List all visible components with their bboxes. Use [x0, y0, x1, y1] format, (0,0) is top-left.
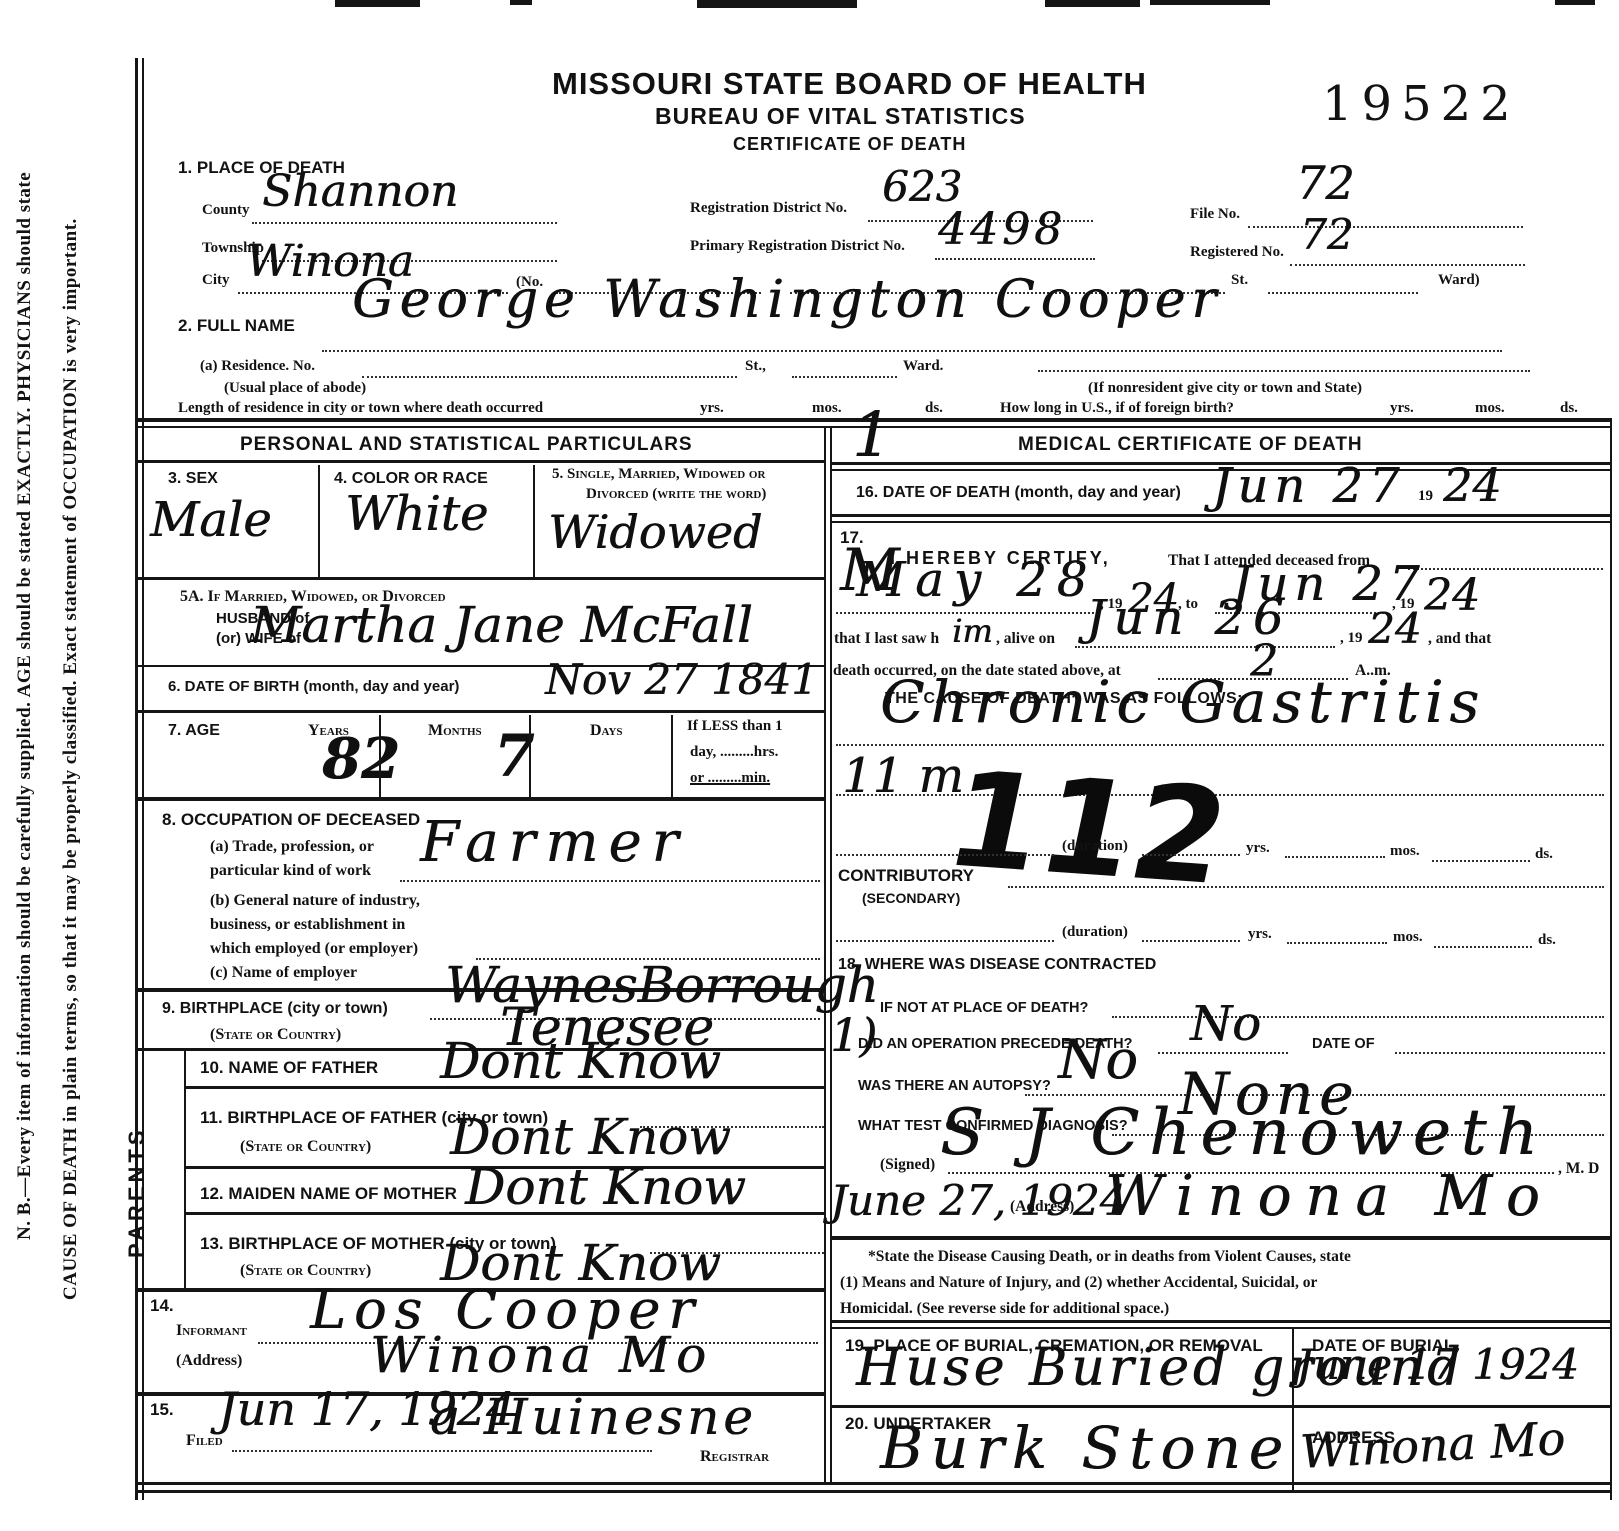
undertaker-address-value: Winona Mo	[1299, 1411, 1566, 1479]
document-right-border	[1610, 420, 1612, 1500]
duration1-mos: mos.	[1390, 843, 1420, 860]
race-marital-divider	[533, 465, 535, 577]
document-bottom-border-inner	[135, 1490, 1612, 1493]
death-certificate-scan: THIS IS A PERMANENT RECORD N. B.—Every i…	[0, 0, 1619, 1531]
father-name-value: Dont Know	[440, 1032, 721, 1090]
signed-address-label: (Address)	[1010, 1198, 1074, 1216]
rule-under-mother-name	[184, 1212, 824, 1215]
duration2-dots-a	[836, 938, 1054, 942]
city-ward-label: Ward)	[1438, 272, 1480, 289]
residence-ward-label: Ward.	[903, 358, 943, 375]
document-left-border-inner	[142, 58, 144, 1500]
registered-no-line	[1290, 262, 1525, 266]
length-ds: ds.	[925, 400, 943, 417]
primary-registration-district-value: 4498	[938, 204, 1066, 255]
length-yrs: yrs.	[700, 400, 724, 417]
age-days-label: Days	[590, 722, 623, 740]
file-no-label: File No.	[1190, 206, 1240, 223]
occupation-b1: (b) General nature of industry,	[210, 892, 420, 910]
document-left-border	[135, 58, 138, 1500]
residence-no-line	[362, 374, 737, 378]
duration1-dots-b	[1142, 852, 1240, 856]
county-line	[252, 220, 557, 224]
lastsaw-c: , and that	[1428, 630, 1491, 648]
contributory-dots	[1008, 884, 1604, 888]
rule-under-dod2	[832, 521, 1610, 523]
sex-value: Male	[150, 492, 272, 548]
scan-artifact	[510, 0, 532, 5]
to-year-value: 24	[1424, 570, 1480, 621]
full-name-label: 2. FULL NAME	[178, 316, 295, 336]
operation-date-dots	[1395, 1050, 1605, 1054]
sex-label: 3. SEX	[168, 470, 218, 488]
margin-note-line2: CAUSE OF DEATH in plain terms, so that i…	[60, 218, 82, 1300]
md-label: , M. D	[1558, 1160, 1599, 1178]
rule-under-footnote2	[832, 1327, 1610, 1329]
signed-label: (Signed)	[880, 1156, 935, 1174]
q18-sub-dots	[1112, 1014, 1604, 1018]
us-yrs: yrs.	[1390, 400, 1414, 417]
us-ds: ds.	[1560, 400, 1578, 417]
date-of-death-value: Jun 27	[1212, 458, 1405, 514]
marital-label-line1: 5. Single, Married, Widowed or	[552, 466, 765, 483]
age-div2	[529, 715, 531, 797]
rule-under-dod1	[832, 514, 1610, 517]
lastsaw-him: im	[952, 612, 993, 650]
duration2-ds: ds.	[1538, 932, 1556, 949]
city-st-label: St.	[1231, 272, 1248, 289]
birthplace-label: 9. BIRTHPLACE (city or town)	[162, 1000, 388, 1018]
rule-under-age	[135, 797, 824, 801]
filed-line	[232, 1448, 652, 1452]
document-bottom-border	[135, 1482, 1612, 1485]
rule-under-sex-row	[135, 577, 824, 580]
doc-type-title: CERTIFICATE OF DEATH	[733, 134, 966, 155]
duration-note-value: 11 m	[842, 748, 964, 804]
contributory-label: CONTRIBUTORY	[838, 866, 974, 886]
scan-artifact	[697, 0, 857, 8]
age-years-value: 82	[322, 726, 400, 792]
occupation-label: 8. OCCUPATION OF DECEASED	[162, 810, 420, 830]
occupation-b3: which employed (or employer)	[210, 940, 418, 958]
rule-under-personal	[135, 460, 824, 463]
age-label: 7. AGE	[168, 722, 220, 740]
footnote-line3: Homicidal. (See reverse side for additio…	[840, 1300, 1169, 1318]
marital-label-line2: Divorced (write the word)	[586, 486, 766, 503]
personal-section-title: PERSONAL AND STATISTICAL PARTICULARS	[240, 434, 693, 456]
city-label: City	[202, 272, 230, 289]
full-name-line	[322, 348, 1502, 352]
informant-number: 14.	[150, 1296, 174, 1316]
duration2-yrs: yrs.	[1248, 926, 1272, 943]
operation-date-label: DATE OF	[1312, 1036, 1375, 1052]
occupation-value: Farmer	[420, 810, 688, 875]
father-name-label: 10. NAME OF FATHER	[200, 1058, 378, 1078]
page-title: MISSOURI STATE BOARD OF HEALTH	[552, 66, 1147, 102]
filed-number: 15.	[150, 1400, 174, 1420]
duration1-dots-a	[836, 852, 1054, 856]
length-residence-label: Length of residence in city or town wher…	[178, 400, 543, 417]
occupation-a1: (a) Trade, profession, or	[210, 838, 374, 856]
dob-value: Nov 27 1841	[545, 655, 818, 704]
margin-note-line1: N. B.—Every item of information should b…	[14, 172, 36, 1240]
duration2-dots-d	[1434, 944, 1532, 948]
rule-under-father-name	[184, 1086, 824, 1089]
duration1-dots-c	[1285, 854, 1385, 858]
mother-name-value: Dont Know	[465, 1158, 746, 1216]
county-value: Shannon	[262, 166, 458, 217]
dob-label: 6. DATE OF BIRTH (month, day and year)	[168, 678, 459, 695]
birthplace-state-label: (State or Country)	[210, 1026, 341, 1044]
occupation-a-line	[400, 878, 820, 882]
date-of-death-label: 16. DATE OF DEATH (month, day and year)	[856, 484, 1181, 502]
lastsaw-b: , alive on	[996, 630, 1055, 648]
dod-year-pre: 19	[1418, 488, 1433, 505]
rule-under-burial	[832, 1405, 1610, 1408]
primary-registration-district-line	[935, 256, 1095, 260]
registered-no-label: Registered No.	[1190, 244, 1284, 261]
scan-artifact	[1555, 0, 1595, 5]
page-subtitle: BUREAU OF VITAL STATISTICS	[655, 103, 1026, 130]
q18-label: 18. WHERE WAS DISEASE CONTRACTED	[838, 956, 1156, 974]
spouse-value: Martha Jane McFall	[250, 596, 753, 654]
primary-registration-district-label: Primary Registration District No.	[690, 238, 905, 255]
secondary-label: (SECONDARY)	[862, 890, 960, 906]
county-label: County	[202, 202, 250, 219]
physician-signature: S J Chenoweth	[940, 1096, 1548, 1170]
registrar-label: Registrar	[700, 1448, 769, 1466]
nonresident-note: (If nonresident give city or town and St…	[1088, 380, 1362, 397]
registration-district-label: Registration District No.	[690, 200, 847, 217]
duration2-label: (duration)	[1062, 924, 1128, 941]
rule-under-signed	[832, 1236, 1610, 1240]
informant-address-label: (Address)	[176, 1352, 242, 1370]
age-less-line1: If LESS than 1	[687, 718, 782, 735]
q18-sub-label: IF NOT AT PLACE OF DEATH?	[880, 1000, 1088, 1016]
signed-date-value: June 27, 1924	[830, 1176, 1126, 1225]
duration1-dots-d	[1432, 858, 1530, 862]
how-long-us-label: How long in U.S., if of foreign birth?	[1000, 400, 1234, 417]
us-mos: mos.	[1475, 400, 1505, 417]
cause-of-death-value: Chronic Gastritis	[880, 668, 1485, 736]
duration2-dots-c	[1287, 940, 1387, 944]
file-no-line	[1248, 224, 1523, 228]
cause-line1	[836, 742, 1604, 746]
stray-mark-1: 1	[852, 398, 891, 471]
signed-address-value: Winona Mo	[1105, 1164, 1554, 1229]
father-birthplace-sub: (State or Country)	[240, 1138, 371, 1156]
burial-date-value: June 17 1924	[1296, 1340, 1579, 1389]
dod-year-value: 24	[1443, 458, 1502, 512]
footnote-line1: *State the Disease Causing Death, or in …	[868, 1248, 1351, 1266]
medical-section-title: MEDICAL CERTIFICATE OF DEATH	[1018, 434, 1363, 456]
scan-artifact	[1045, 0, 1140, 7]
full-name-value: George Washington Cooper	[352, 270, 1222, 330]
abode-note: (Usual place of abode)	[224, 380, 366, 397]
registered-no-value: 72	[1300, 210, 1353, 259]
duration1-ds: ds.	[1535, 846, 1553, 863]
scan-artifact	[1150, 0, 1270, 5]
duration1-yrs: yrs.	[1246, 840, 1270, 857]
informant-label: Informant	[176, 1322, 247, 1340]
operation-value: No	[1190, 996, 1261, 1052]
mother-name-label: 12. MAIDEN NAME OF MOTHER	[200, 1184, 457, 1204]
duration1-label: (duration)	[1062, 838, 1128, 855]
occupation-b2: business, or establishment in	[210, 916, 405, 934]
footnote-line2: (1) Means and Nature of Injury, and (2) …	[840, 1274, 1317, 1292]
age-div3	[671, 715, 673, 797]
duration2-mos: mos.	[1393, 929, 1423, 946]
autopsy-label: WAS THERE AN AUTOPSY?	[858, 1078, 1051, 1094]
undertaker-value: Burk Stone	[880, 1414, 1291, 1482]
rule-under-footnote1	[832, 1320, 1610, 1323]
age-less-line2: day, .........hrs.	[690, 744, 778, 761]
residence-st-label: St.,	[745, 358, 766, 375]
rule-under-dob	[135, 710, 824, 713]
city-st-line	[1268, 290, 1418, 294]
informant-address-value: Winona Mo	[370, 1326, 712, 1384]
serial-number: 19522	[1322, 76, 1520, 132]
occupation-c: (c) Name of employer	[210, 964, 357, 982]
race-value: White	[345, 486, 488, 542]
occupation-a2: particular kind of work	[210, 862, 371, 880]
autopsy-value: No	[1058, 1028, 1138, 1091]
lastsaw-year-value: 24	[1368, 604, 1421, 653]
attended-from-value: May 28	[856, 552, 1097, 608]
file-no-value: 72	[1296, 156, 1355, 210]
duration2-dots-b	[1142, 938, 1240, 942]
age-div1	[379, 715, 381, 797]
nonresident-line	[1038, 368, 1530, 372]
marital-value: Widowed	[548, 505, 762, 559]
registrar-signature: a Huinesne	[430, 1388, 757, 1446]
parents-side-label: PARENTS	[124, 1127, 150, 1259]
scan-artifact	[335, 0, 420, 7]
lastsaw-19: , 19	[1340, 630, 1363, 647]
sex-race-divider	[318, 465, 320, 577]
age-less-line3: or .........min.	[690, 770, 770, 787]
length-mos: mos.	[812, 400, 842, 417]
stray-mark-2: 1)	[830, 1008, 877, 1062]
lastsaw-a: that I last saw h	[834, 630, 939, 648]
residence-label: (a) Residence. No.	[200, 358, 315, 375]
big-scrawl-112: 112	[934, 743, 1241, 914]
age-months-label: Months	[428, 722, 482, 740]
residence-st-line	[792, 374, 897, 378]
